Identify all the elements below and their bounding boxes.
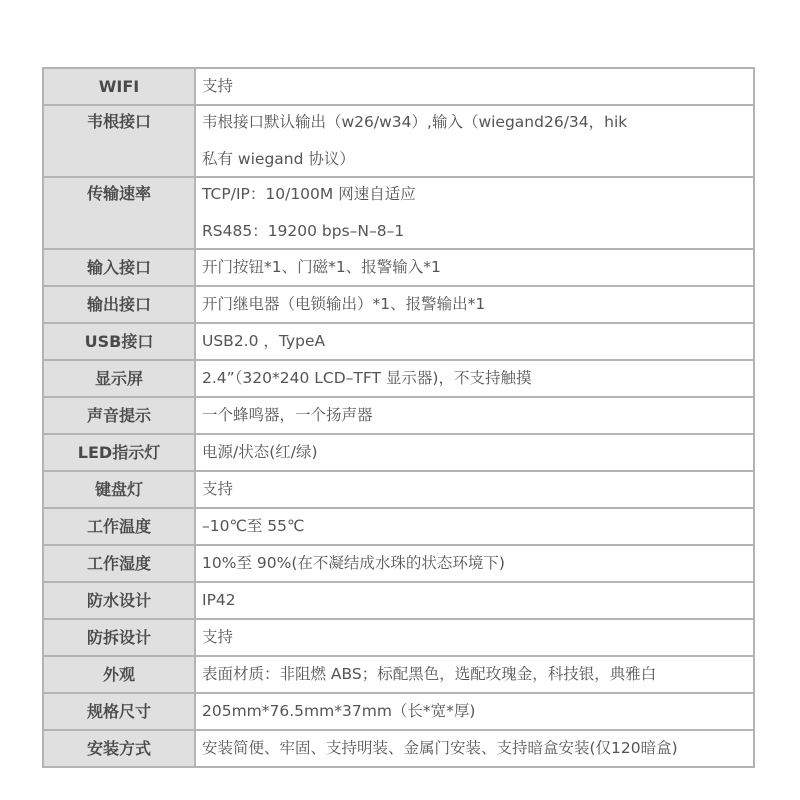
row-label: USB接口 [43,323,195,360]
label-text: 韦根接口 [44,106,194,140]
value-text: 私有 wiegand 协议） [202,140,753,176]
value-text: 表面材质：非阻燃 ABS；标配黑色，选配玫瑰金，科技银，典雅白 [202,657,753,692]
table-row-tamper: 防拆设计 支持 [43,619,754,656]
value-text: 205mm*76.5mm*37mm（长*宽*厚) [202,694,753,729]
row-label: 防拆设计 [43,619,195,656]
value-text: 支持 [202,620,753,655]
table-row-wifi: WIFI 支持 [43,68,754,105]
value-text: 一个蜂鸣器，一个扬声器 [202,398,753,433]
label-text: 显示屏 [44,361,194,396]
value-text: 10%至 90%(在不凝结成水珠的状态环境下) [202,546,753,581]
table-row-installation: 安装方式 安装简便、牢固、支持明装、金属门安装、支持暗盒安装(仅120暗盒) [43,730,754,767]
label-text: 防水设计 [44,583,194,618]
value-text: RS485：19200 bps–N–8–1 [202,212,753,248]
row-label: 显示屏 [43,360,195,397]
value-text: 韦根接口默认输出（w26/w34）,输入（wiegand26/34，hik [202,106,753,140]
label-text: LED指示灯 [44,435,194,470]
row-value: 一个蜂鸣器，一个扬声器 [195,397,754,434]
label-text: 传输速率 [44,178,194,212]
value-text: 支持 [202,472,753,507]
label-text: 安装方式 [44,731,194,766]
row-value: 韦根接口默认输出（w26/w34）,输入（wiegand26/34，hik 私有… [195,105,754,177]
row-value: 205mm*76.5mm*37mm（长*宽*厚) [195,693,754,730]
value-text: IP42 [202,583,753,618]
row-label: 输出接口 [43,286,195,323]
value-text: 2.4”（320*240 LCD–TFT 显示器)，不支持触摸 [202,361,753,396]
row-label: 声音提示 [43,397,195,434]
table-row-wiegand: 韦根接口 韦根接口默认输出（w26/w34）,输入（wiegand26/34，h… [43,105,754,177]
row-value: –10℃至 55℃ [195,508,754,545]
table-row-input: 输入接口 开门按钮*1、门磁*1、报警输入*1 [43,249,754,286]
table-row-usb: USB接口 USB2.0 ，TypeA [43,323,754,360]
value-text: 开门继电器（电锁输出）*1、报警输出*1 [202,287,753,322]
row-label: 韦根接口 [43,105,195,177]
row-label: 防水设计 [43,582,195,619]
row-label: 输入接口 [43,249,195,286]
row-label: LED指示灯 [43,434,195,471]
row-label: 规格尺寸 [43,693,195,730]
row-value: 2.4”（320*240 LCD–TFT 显示器)，不支持触摸 [195,360,754,397]
row-value: 开门按钮*1、门磁*1、报警输入*1 [195,249,754,286]
value-text: 安装简便、牢固、支持明装、金属门安装、支持暗盒安装(仅120暗盒) [202,731,753,766]
row-value: 支持 [195,68,754,105]
row-label: WIFI [43,68,195,105]
value-text: 电源/状态(红/绿) [202,435,753,470]
label-text: 外观 [44,657,194,692]
row-label: 键盘灯 [43,471,195,508]
spec-table: WIFI 支持 韦根接口 韦根接口默认输出（w26/w34）,输入（wiegan… [42,67,755,768]
value-text: TCP/IP：10/100M 网速自适应 [202,178,753,212]
table-row-appearance: 外观 表面材质：非阻燃 ABS；标配黑色，选配玫瑰金，科技银，典雅白 [43,656,754,693]
label-text: USB接口 [44,324,194,359]
row-label: 外观 [43,656,195,693]
label-text: WIFI [44,69,194,104]
label-text: 规格尺寸 [44,694,194,729]
row-value: 支持 [195,619,754,656]
row-value: USB2.0 ，TypeA [195,323,754,360]
row-value: 安装简便、牢固、支持明装、金属门安装、支持暗盒安装(仅120暗盒) [195,730,754,767]
table-row-temperature: 工作温度 –10℃至 55℃ [43,508,754,545]
label-text: 输出接口 [44,287,194,322]
table-row-transfer-rate: 传输速率 TCP/IP：10/100M 网速自适应 RS485：19200 bp… [43,177,754,249]
table-row-humidity: 工作湿度 10%至 90%(在不凝结成水珠的状态环境下) [43,545,754,582]
row-value: 支持 [195,471,754,508]
table-row-waterproof: 防水设计 IP42 [43,582,754,619]
value-text: 开门按钮*1、门磁*1、报警输入*1 [202,250,753,285]
label-text: 输入接口 [44,250,194,285]
row-value: 电源/状态(红/绿) [195,434,754,471]
table-row-dimensions: 规格尺寸 205mm*76.5mm*37mm（长*宽*厚) [43,693,754,730]
value-text: USB2.0 ，TypeA [202,324,753,359]
row-value: TCP/IP：10/100M 网速自适应 RS485：19200 bps–N–8… [195,177,754,249]
row-label: 安装方式 [43,730,195,767]
row-label: 传输速率 [43,177,195,249]
table-row-display: 显示屏 2.4”（320*240 LCD–TFT 显示器)，不支持触摸 [43,360,754,397]
value-text: 支持 [202,69,753,104]
table-row-sound: 声音提示 一个蜂鸣器，一个扬声器 [43,397,754,434]
label-text: 声音提示 [44,398,194,433]
row-label: 工作湿度 [43,545,195,582]
table-row-output: 输出接口 开门继电器（电锁输出）*1、报警输出*1 [43,286,754,323]
row-label: 工作温度 [43,508,195,545]
label-text: 防拆设计 [44,620,194,655]
label-text: 工作湿度 [44,546,194,581]
row-value: 10%至 90%(在不凝结成水珠的状态环境下) [195,545,754,582]
row-value: 开门继电器（电锁输出）*1、报警输出*1 [195,286,754,323]
value-text: –10℃至 55℃ [202,509,753,544]
table-row-keyboard-light: 键盘灯 支持 [43,471,754,508]
row-value: IP42 [195,582,754,619]
table-row-led: LED指示灯 电源/状态(红/绿) [43,434,754,471]
row-value: 表面材质：非阻燃 ABS；标配黑色，选配玫瑰金，科技银，典雅白 [195,656,754,693]
label-text: 键盘灯 [44,472,194,507]
label-text: 工作温度 [44,509,194,544]
